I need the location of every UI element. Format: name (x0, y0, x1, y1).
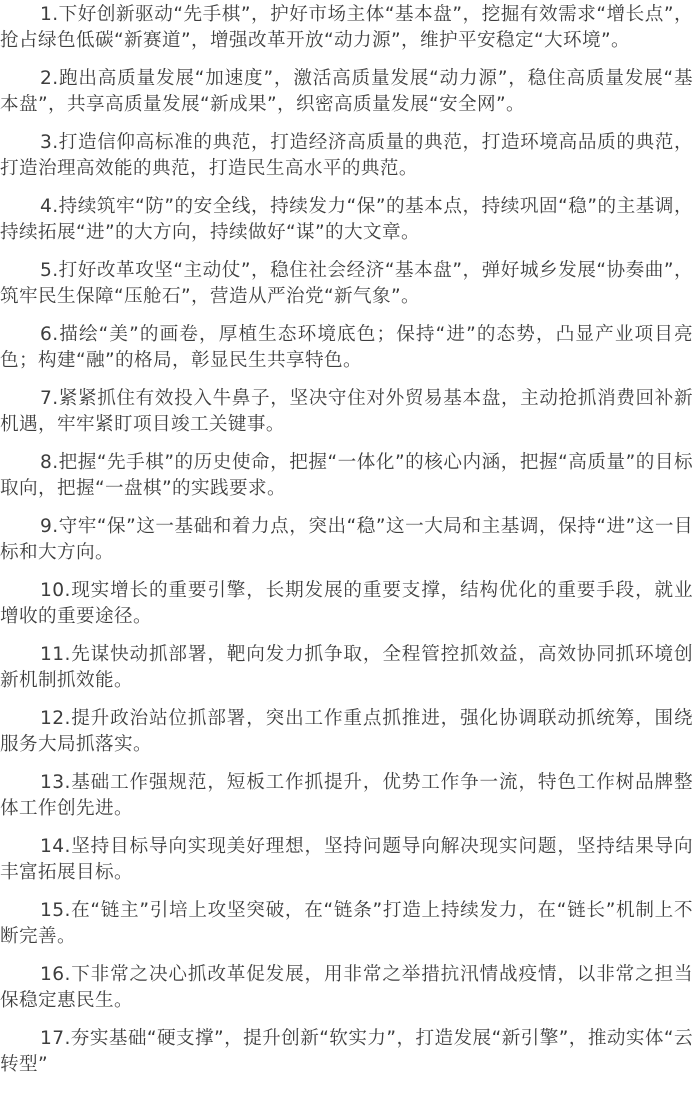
paragraph-16: 16.下非常之决心抓改革促发展，用非常之举措抗汛情战疫情，以非常之担当保稳定惠民… (0, 962, 693, 1014)
paragraph-3: 3.打造信仰高标准的典范，打造经济高质量的典范，打造环境高品质的典范，打造治理高… (0, 130, 693, 182)
paragraph-9: 9.守牢“保”这一基础和着力点，突出“稳”这一大局和主基调，保持“进”这一目标和… (0, 514, 693, 566)
paragraph-4: 4.持续筑牢“防”的安全线，持续发力“保”的基本点，持续巩固“稳”的主基调，持续… (0, 194, 693, 246)
paragraph-2: 2.跑出高质量发展“加速度”，激活高质量发展“动力源”，稳住高质量发展“基本盘”… (0, 66, 693, 118)
paragraph-1: 1.下好创新驱动“先手棋”，护好市场主体“基本盘”，挖掘有效需求“增长点”，抢占… (0, 2, 693, 54)
article-body: 1.下好创新驱动“先手棋”，护好市场主体“基本盘”，挖掘有效需求“增长点”，抢占… (0, 0, 693, 1078)
paragraph-15: 15.在“链主”引培上攻坚突破，在“链条”打造上持续发力，在“链长”机制上不断完… (0, 898, 693, 950)
paragraph-14: 14.坚持目标导向实现美好理想，坚持问题导向解决现实问题，坚持结果导向丰富拓展目… (0, 834, 693, 886)
paragraph-6: 6.描绘“美”的画卷，厚植生态环境底色；保持“进”的态势，凸显产业项目亮色；构建… (0, 322, 693, 374)
paragraph-8: 8.把握“先手棋”的历史使命，把握“一体化”的核心内涵，把握“高质量”的目标取向… (0, 450, 693, 502)
paragraph-17: 17.夯实基础“硬支撑”，提升创新“软实力”，打造发展“新引擎”，推动实体“云转… (0, 1026, 693, 1078)
paragraph-12: 12.提升政治站位抓部署，突出工作重点抓推进，强化协调联动抓统筹，围绕服务大局抓… (0, 706, 693, 758)
paragraph-5: 5.打好改革攻坚“主动仗”，稳住社会经济“基本盘”，弹好城乡发展“协奏曲”，筑牢… (0, 258, 693, 310)
paragraph-10: 10.现实增长的重要引擎，长期发展的重要支撑，结构优化的重要手段，就业增收的重要… (0, 578, 693, 630)
paragraph-11: 11.先谋快动抓部署，靶向发力抓争取，全程管控抓效益，高效协同抓环境创新机制抓效… (0, 642, 693, 694)
paragraph-7: 7.紧紧抓住有效投入牛鼻子，坚决守住对外贸易基本盘，主动抢抓消费回补新机遇，牢牢… (0, 386, 693, 438)
paragraph-13: 13.基础工作强规范，短板工作抓提升，优势工作争一流，特色工作树品牌整体工作创先… (0, 770, 693, 822)
